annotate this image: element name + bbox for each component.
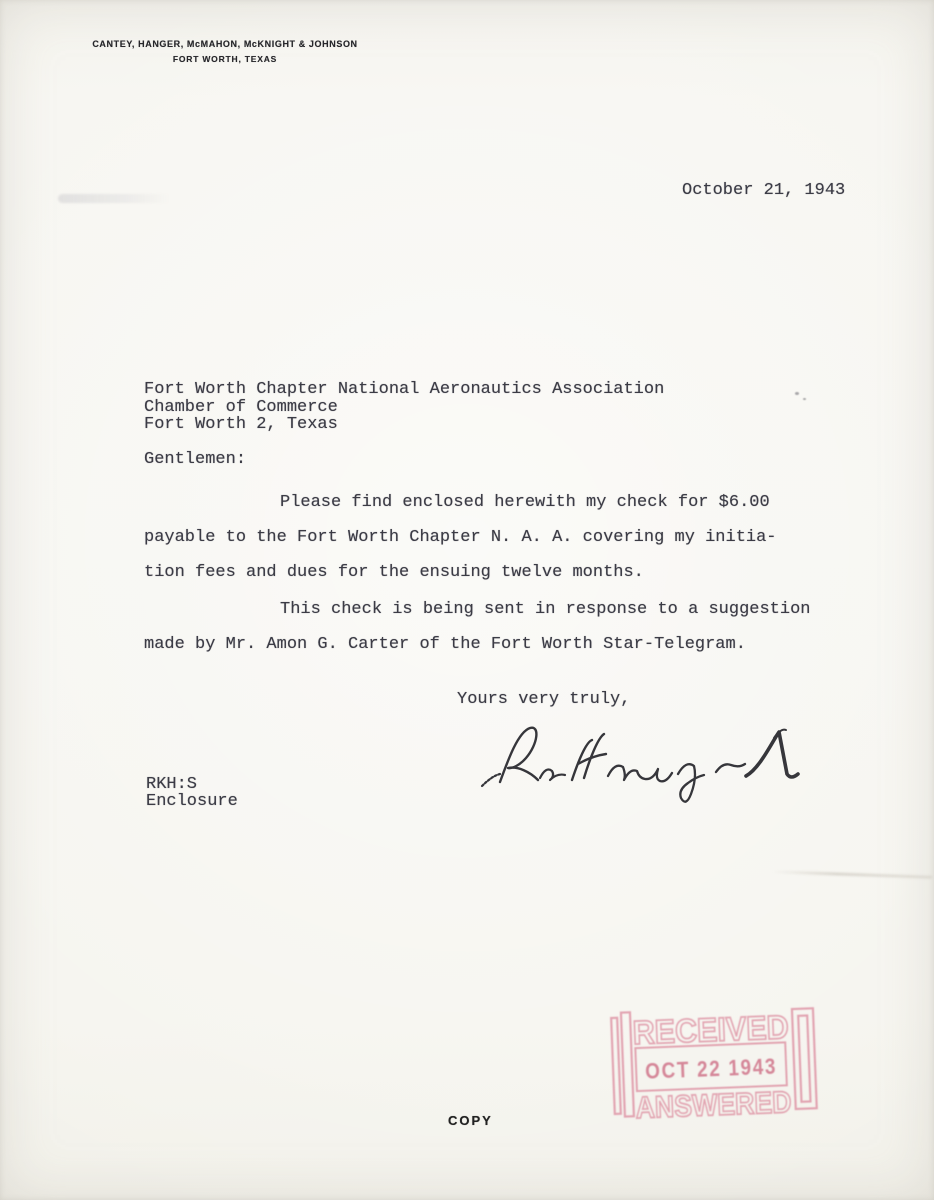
letterhead-city: FORT WORTH, TEXAS — [66, 54, 384, 64]
body-paragraph1-line1: Please find enclosed herewith my check f… — [280, 494, 770, 512]
body-paragraph1-line3: tion fees and dues for the ensuing twelv… — [144, 564, 644, 582]
stamp-left-bar — [611, 1018, 621, 1114]
paper-background: CANTEY, HANGER, McMAHON, McKNIGHT & JOHN… — [0, 0, 934, 1200]
body-paragraph2-line2: made by Mr. Amon G. Carter of the Fort W… — [144, 636, 746, 654]
letterhead: CANTEY, HANGER, McMAHON, McKNIGHT & JOHN… — [66, 39, 384, 64]
stamp-bottom-text: ANSWERED — [635, 1084, 792, 1125]
signature-handwriting — [478, 716, 813, 816]
recipient-line-2: Chamber of Commerce — [144, 399, 664, 417]
stamp-date-text: OCT 22 1943 — [645, 1054, 778, 1084]
body-paragraph1-line2: payable to the Fort Worth Chapter N. A. … — [144, 529, 777, 547]
scan-speck — [803, 398, 806, 400]
salutation: Gentlemen: — [144, 451, 246, 469]
recipient-line-3: Fort Worth 2, Texas — [144, 416, 664, 434]
stamp-right-bracket — [798, 1016, 810, 1102]
pencil-smudge — [58, 194, 170, 203]
recipient-address: Fort Worth Chapter National Aeronautics … — [144, 381, 664, 434]
copy-label: COPY — [448, 1113, 493, 1128]
enclosure-note: Enclosure — [146, 793, 238, 811]
letterhead-firm-name: CANTEY, HANGER, McMAHON, McKNIGHT & JOHN… — [66, 39, 384, 49]
letter-date: October 21, 1943 — [682, 182, 845, 200]
closing-valediction: Yours very truly, — [457, 691, 630, 709]
recipient-line-1: Fort Worth Chapter National Aeronautics … — [144, 381, 664, 399]
stamp-right-bracket — [792, 1008, 817, 1109]
paper-crease — [772, 870, 932, 879]
body-paragraph2-line1: This check is being sent in response to … — [280, 601, 811, 619]
received-stamp: RECEIVED OCT 22 1943 ANSWERED — [608, 996, 827, 1133]
typist-initials: RKH:S — [146, 776, 197, 794]
scan-speck — [795, 392, 799, 395]
